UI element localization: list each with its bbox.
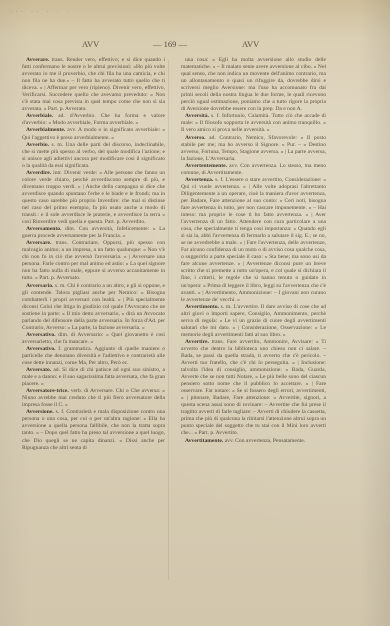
dictionary-entry: Avvertire. trans. Fare avvertito, Ammoni… [181,339,326,438]
entry-definition: trans. Render vero, effettivo; e si dice… [22,57,165,112]
entry-headword: Avvertire. [185,339,209,345]
dictionary-entry: Avversatore-trice. verb. di Avversare. C… [22,388,165,409]
entry-headword: Avversativo. [26,346,56,352]
page-number: — 169 — [153,39,187,49]
margin-smudge: ··· ·· · · · [10,8,140,32]
column-divider [168,60,169,580]
entry-headword: Avvertenza. [185,177,213,183]
entry-definition: trans. Contrariare, Opporsi, più spesso … [22,240,165,281]
entry-definition: s. f. L'essere o stare avvertito, Consid… [181,177,326,303]
dictionary-entry: Avversativo. dim. di Avversario: « Quel … [22,332,165,346]
entry-headword: Avverbiale. [26,113,53,119]
dictionary-entry: Avversario. s. m. Chi è contrario a un a… [22,283,165,332]
right-column: una cosa: « Egli ha molta avversione all… [181,57,326,445]
entry-headword: Avverare. [26,57,49,63]
entry-headword: Avversatore-trice. [26,388,69,394]
dictionary-entry: Avversato. ad. Si dice di chi patisce ad… [22,367,165,388]
entry-definition: s. f. Contrarietà e mala disposizione co… [22,409,165,450]
entry-headword: Avvertentemente. [185,163,227,169]
page-header: AVV — 169 — AVV [0,39,390,53]
entry-headword: Avverbio. [26,142,49,148]
entry-headword: Avverdire. [26,170,51,176]
dictionary-entry: Avverbio. s. m. Una delle parti del disc… [22,142,165,170]
entry-definition: s. m. Chi è contrario a un altro, e gli … [22,283,165,331]
entry-headword: Avvertitamente. [185,438,223,444]
dictionary-entry: Avverbialmente. avv. A modo o in signifi… [22,127,165,141]
dictionary-entry: Avversità. s. f. Infortunio, Calamità. T… [181,113,326,134]
entry-headword: Avversare. [26,240,51,246]
entry-definition: intr. Divenir verde: « Alle persone che … [22,170,165,225]
dictionary-entry: una cosa: « Egli ha molta avversione all… [181,57,326,113]
right-guide-word: AVV [242,39,259,49]
entry-headword: Avversità. [185,113,209,119]
dictionary-entry: Avversione. s. f. Contrarietà e mala dis… [22,409,165,451]
dictionary-entry: Avvertimento. s. m. L'avvertire. Il dare… [181,304,326,339]
entry-headword: Avversario. [26,283,53,289]
dictionary-entry: Avverbiale. ad. d'Avverbio. Che ha forma… [22,113,165,127]
entry-headword: Avversato. [26,367,51,373]
dictionary-entry: Avvertitamente. avv. Con avvertenza, Pen… [181,438,326,445]
entry-headword: Avversativo. [26,332,56,338]
entry-headword: Avverso. [185,135,206,141]
dictionary-entry: Avvertenza. s. f. L'essere o stare avver… [181,177,326,304]
dictionary-entry: Avversamento. dim. Con avversità, Infeli… [22,226,165,240]
entry-definition: una cosa: « Egli ha molta avversione all… [181,57,326,112]
dictionary-entry: Avverso. ad. Contrario, Nemico, Sfavorev… [181,135,326,163]
entry-headword: Avvertimento. [185,304,219,310]
entry-headword: Avverbialmente. [26,127,65,133]
dictionary-entry: Avverare. trans. Render vero, effettivo;… [22,57,165,113]
dictionary-entry: Avvertentemente. avv. Con avvertenza. Lo… [181,163,326,177]
left-guide-word: AVV [82,39,99,49]
entry-headword: Avversione. [26,409,54,415]
dictionary-entry: Avversare. trans. Contrariare, Opporsi, … [22,240,165,282]
entry-definition: trans. Fare avvertito, Ammonire, Avvisar… [181,339,326,437]
entry-headword: Avversamento. [26,226,61,232]
dictionary-entry: Avversativo. f. grammatica. Aggiunto di … [22,346,165,367]
entry-definition: avv. Con avvertenza, Pensatamente. [225,438,305,444]
dictionary-entry: Avverdire. intr. Divenir verde: « Alle p… [22,170,165,226]
left-column: Avverare. trans. Render vero, effettivo;… [22,57,165,452]
